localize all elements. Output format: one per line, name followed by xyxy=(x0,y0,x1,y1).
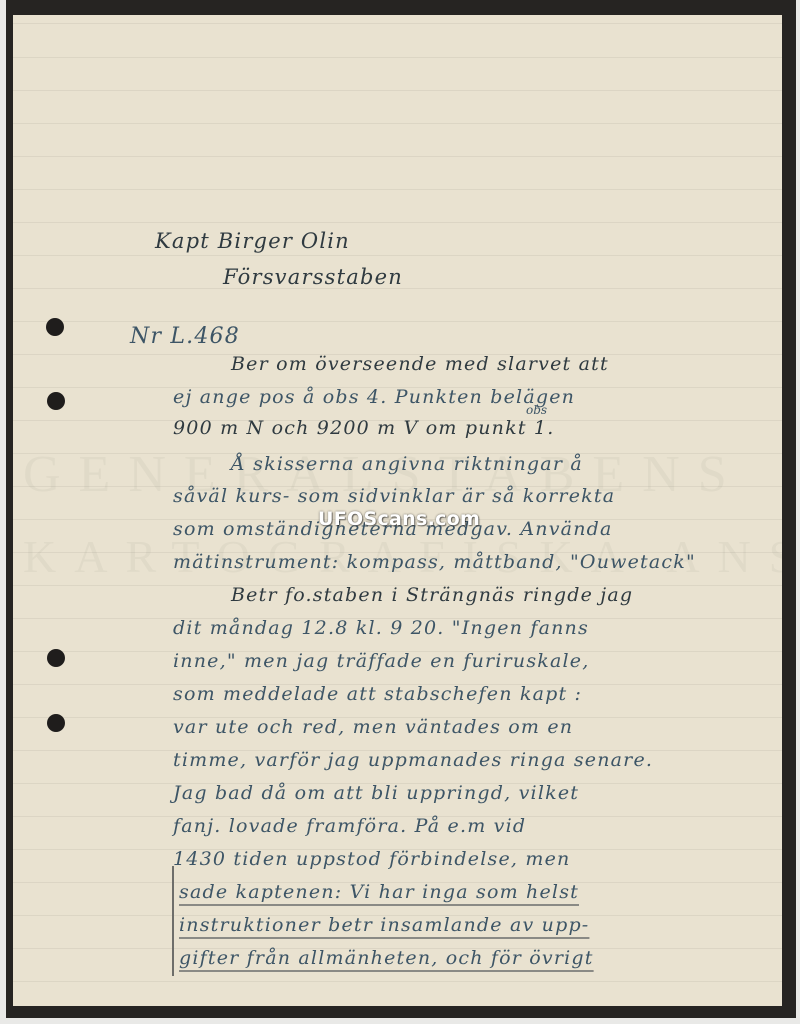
margin-marking-line xyxy=(172,866,174,976)
punch-hole xyxy=(46,318,64,336)
body-line: ej ange pos å obs 4. Punkten belägen xyxy=(173,388,575,407)
letter-page: GENERALSTABENS KARTOGRAFISKA ANSTALT Kap… xyxy=(13,15,782,1006)
body-line: såväl kurs- som sidvinklar är så korrekt… xyxy=(173,487,615,506)
body-line: inne," men jag träffade en furiruskale, xyxy=(173,652,589,671)
interlinear-insert: obs xyxy=(526,403,547,417)
reference-number: Nr L.468 xyxy=(130,326,240,348)
addressee-name: Kapt Birger Olin xyxy=(155,231,350,252)
site-watermark: UFOScans.com xyxy=(318,508,480,530)
body-line-underlined: gifter från allmänheten, och för övrigt xyxy=(179,949,594,968)
body-line: fanj. lovade framföra. På e.m vid xyxy=(173,817,526,836)
body-line: 1430 tiden uppstod förbindelse, men xyxy=(173,850,570,869)
body-line: Å skisserna angivna riktningar å xyxy=(231,455,583,474)
body-line: timme, varför jag uppmanades ringa senar… xyxy=(173,751,653,770)
body-line: dit måndag 12.8 kl. 9 20. "Ingen fanns xyxy=(173,619,589,638)
punch-hole xyxy=(47,649,65,667)
body-line: Ber om överseende med slarvet att xyxy=(231,355,609,374)
punch-hole xyxy=(47,714,65,732)
addressee-department: Försvarsstaben xyxy=(223,267,403,288)
body-line: mätinstrument: kompass, måttband, "Ouwet… xyxy=(173,553,696,572)
body-line: 900 m N och 9200 m V om punkt 1. xyxy=(173,419,554,438)
body-line: som meddelade att stabschefen kapt : xyxy=(173,685,582,704)
body-line: Jag bad då om att bli uppringd, vilket xyxy=(173,784,579,803)
body-line-underlined: instruktioner betr insamlande av upp- xyxy=(179,916,589,935)
body-line: Betr fo.staben i Strängnäs ringde jag xyxy=(231,586,633,605)
body-line: var ute och red, men väntades om en xyxy=(173,718,573,737)
punch-hole xyxy=(47,392,65,410)
body-line-underlined: sade kaptenen: Vi har inga som helst xyxy=(179,883,579,902)
